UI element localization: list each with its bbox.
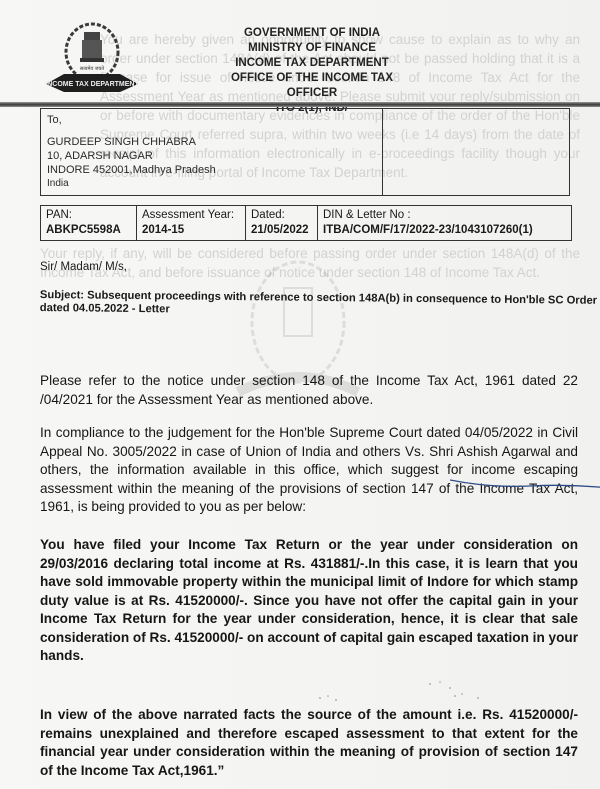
svg-text:सत्यमेव जयते: सत्यमेव जयते: [80, 65, 104, 72]
letterhead-line: OFFICER: [222, 86, 402, 101]
body-paragraph-conclusion: In view of the above narrated facts the …: [40, 706, 578, 780]
letterhead-line: MINISTRY OF FINANCE: [222, 41, 402, 56]
svg-text:INCOME TAX DEPARTMENT: INCOME TAX DEPARTMENT: [45, 81, 139, 88]
addressee-address-line1: 10, ADARSH NAGAR: [47, 149, 216, 163]
salutation: Sir/ Madam/ M/s,: [40, 261, 127, 273]
letterhead: सत्यमेव जयते INCOME TAX DEPARTMENT GOVER…: [0, 8, 600, 104]
assessment-year-value: 2014-15: [142, 223, 240, 238]
din-value: ITBA/COM/F/17/2022-23/1043107260(1): [323, 223, 566, 238]
addressee-box-divider: [382, 109, 383, 195]
to-label: To,: [47, 113, 216, 127]
assessment-year-cell: Assessment Year: 2014-15: [137, 206, 246, 240]
pan-label: PAN:: [46, 208, 131, 223]
pen-underline-mark: [450, 476, 600, 490]
income-tax-emblem-icon: सत्यमेव जयते INCOME TAX DEPARTMENT: [44, 18, 140, 98]
reference-info-table: PAN: ABKPC5598A Assessment Year: 2014-15…: [40, 205, 572, 241]
letterhead-line: GOVERNMENT OF INDIA: [222, 26, 402, 41]
body-paragraph-compliance: In compliance to the judgement for the H…: [40, 424, 578, 517]
header-divider: [0, 102, 600, 107]
body-paragraph-reference: Please refer to the notice under section…: [40, 372, 578, 409]
pan-cell: PAN: ABKPC5598A: [41, 206, 137, 240]
scan-speckle-marks: [300, 676, 500, 706]
din-label: DIN & Letter No :: [323, 208, 566, 223]
letterhead-line: INCOME TAX DEPARTMENT: [222, 56, 402, 71]
addressee-box: To, GURDEEP SINGH CHHABRA 10, ADARSH NAG…: [40, 108, 570, 196]
dated-cell: Dated: 21/05/2022: [246, 206, 318, 240]
scanned-letter-page: You are hereby given an opportunity to s…: [0, 0, 600, 789]
addressee-address-line2: INDORE 452001,Madhya Pradesh: [47, 163, 216, 177]
body-paragraph-facts: You have filed your Income Tax Return or…: [40, 536, 578, 666]
letterhead-line: OFFICE OF THE INCOME TAX: [222, 71, 402, 86]
dated-label: Dated:: [251, 208, 312, 223]
addressee-country: India: [47, 177, 216, 191]
dated-value: 21/05/2022: [251, 223, 312, 238]
assessment-year-label: Assessment Year:: [142, 208, 240, 223]
addressee-name: GURDEEP SINGH CHHABRA: [47, 135, 216, 149]
pan-value: ABKPC5598A: [46, 223, 131, 238]
din-cell: DIN & Letter No : ITBA/COM/F/17/2022-23/…: [318, 206, 571, 240]
